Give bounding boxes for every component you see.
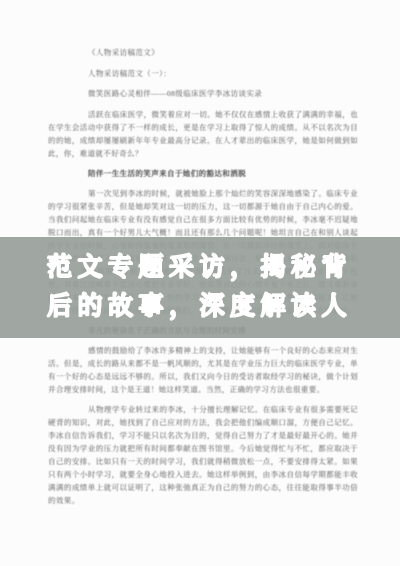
section-heading-1: 陪伴一生生活的笑声来自于她们的豁达和洒脱 xyxy=(48,167,358,180)
banner-title-line-2: 后的故事，深度解读人 xyxy=(47,286,400,325)
banner-title-line-1: 范文专题采访，揭秘背 xyxy=(47,247,400,286)
paragraph-intro: 活跃在临床医学，微笑着应对一切。她不仅仅在感情上收获了满满的幸福，也在学生会活动… xyxy=(48,108,358,160)
document-series-label: 人物采访稿范文（一）： xyxy=(48,67,358,80)
paragraph-secret: 感情的鼓励给了李冰许多精神上的支持，让她能够有一个良好的心态来应对生活。但是，成… xyxy=(48,344,358,396)
translucent-title-banner: 范文专题采访，揭秘背 后的故事，深度解读人 xyxy=(0,237,400,338)
paragraph-method: 从物理学专业转过来的李冰，十分擅长理解记忆。在临床专业有很多需要死记硬背的知识，… xyxy=(48,403,358,507)
document-title: 《人物采访稿范文》 xyxy=(48,46,358,59)
document-subtitle: 微笑医路心灵相伴——08级临床医学李冰访谈实录 xyxy=(48,87,358,100)
banner-title: 范文专题采访，揭秘背 后的故事，深度解读人 xyxy=(0,247,400,325)
document-screenshot: 《人物采访稿范文》 人物采访稿范文（一）： 微笑医路心灵相伴——08级临床医学李… xyxy=(0,0,400,566)
